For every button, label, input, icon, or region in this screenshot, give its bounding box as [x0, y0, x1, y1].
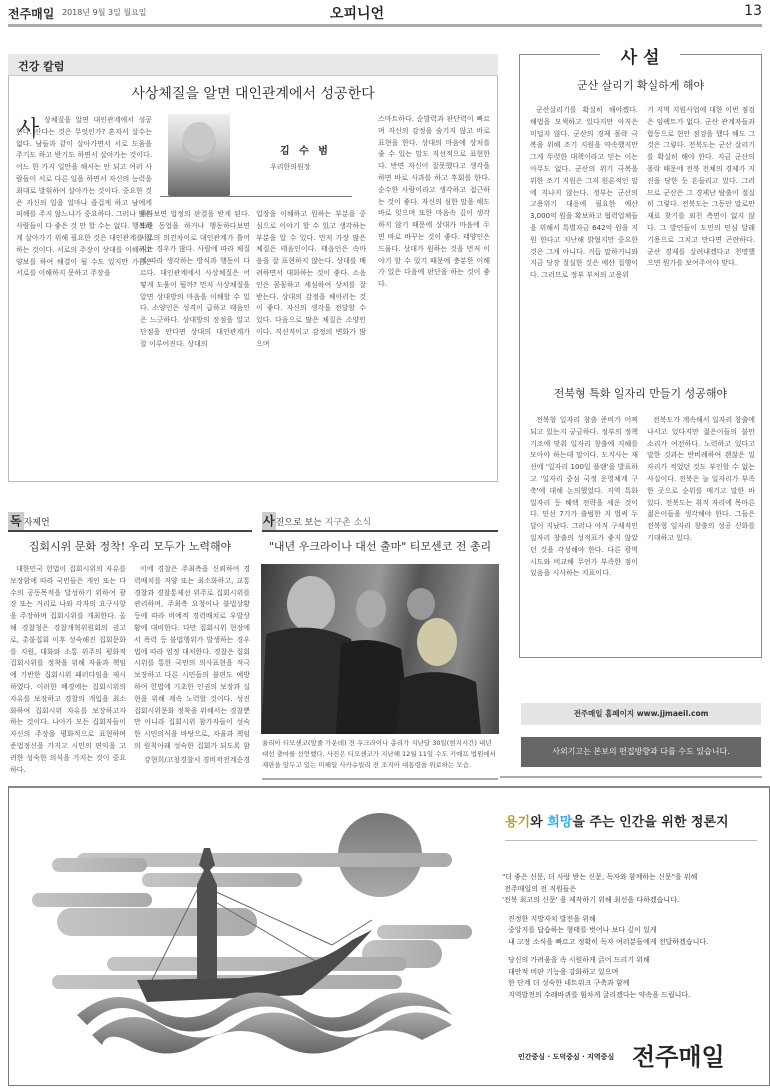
section-divider-right	[500, 776, 762, 778]
newspaper-tagline: 인간중심 · 도덕중심 · 지역중심	[518, 1052, 614, 1062]
reader-label-initial: 독	[8, 512, 24, 530]
homepage-link[interactable]: 전주매일 홈페이지 www.jjmaeil.com	[521, 703, 761, 725]
contribution-disclaimer: 사외기고는 본보의 편집방향과 다를 수도 있습니다.	[521, 737, 761, 767]
reader-col1: 대한민국 헌법이 집회시위의 자유를 보장함에 따라 국민들은 개인 또는 다수…	[10, 564, 126, 776]
pen-nib-ship-icon	[12, 790, 478, 1085]
pledge-line: "더 좋은 신문, 더 사랑 받는 신문, 독자와 함께하는 신문"을 위해	[502, 873, 697, 881]
reader-contribution-label: 독자제언	[8, 512, 252, 532]
pledge-line: 당신의 가려움을 속 시원하게 긁어 드리기 위해	[508, 956, 650, 964]
pledge-line: '전북 최고의 신문' 을 제작하기 위해 최선을 다하겠습니다.	[502, 896, 679, 904]
pledge-paragraph-2: 진정한 지방자치 발전을 위해 중앙지를 답습하는 형태를 벗어나 보다 깊이 …	[502, 914, 762, 949]
page-number: 13	[744, 3, 762, 19]
author-role: 우리한의원장	[270, 162, 311, 172]
health-col3-text: 입장을 이해하고 원하는 부분을 중심으로 이야기 할 수 있고 생각하는 부분…	[256, 209, 366, 479]
health-col1-text: 상체질을 알면 대인관계에서 성공한다. 산다는 것은 무엇인가? 혼자서 살수…	[16, 115, 152, 479]
pledge-line: 전주매일의 전 직원들은	[504, 885, 576, 893]
reader-byline: 강현희/고창경찰서 경비작전계순경	[134, 755, 250, 767]
pledge-line: 한 단계 더 성숙한 네트워크 구축과 함께	[508, 979, 630, 987]
author-name: 김 수 범	[280, 142, 331, 157]
promo-slogan: 용기와 희망을 주는 인간을 위한 정론지	[505, 811, 729, 830]
pledge-paragraph-3: 당신의 가려움을 속 시원하게 긁어 드리기 위해 대안적 비판 기능을 강화하…	[502, 955, 762, 1001]
author-photo	[168, 114, 230, 196]
pledge-line: 내 고장 소식을 빠르고 정확히 독자 여러분들에게 전달하겠습니다.	[508, 938, 708, 946]
pen-ship-illustration	[12, 790, 478, 1085]
newspaper-brand: 전주매일	[8, 5, 54, 22]
editorial-1-title: 군산 살리기 확실하게 해야	[519, 77, 762, 93]
slogan-and: 와	[530, 815, 547, 830]
slogan-courage: 용기	[505, 815, 530, 830]
reader-contribution-title: 집회시위 문화 정착! 우리 모두가 노력해야	[8, 538, 252, 554]
author-divider	[160, 196, 352, 197]
slogan-hope: 희망	[547, 815, 572, 830]
pledge-line: 대안적 비판 기능을 강화하고 있으며	[508, 968, 618, 976]
photo-label-initial: 사	[262, 512, 276, 530]
pledge-paragraph-1: "더 좋은 신문, 더 사랑 받는 신문, 독자와 함께하는 신문"을 위해 전…	[502, 872, 762, 907]
pledge-line: 지역발전의 수레바퀴를 힘차게 굴리겠다는 약속을 드립니다.	[508, 991, 690, 999]
newspaper-logo: 전주매일	[632, 1037, 725, 1072]
issue-date: 2018년 9월 3일 월요일	[62, 7, 147, 18]
pledge-line: 중앙지를 답습하는 형태를 벗어나 보다 깊이 있게	[508, 926, 657, 934]
editorial-2-col1: 전북형 일자리 창출 준비가 어찌되고 있는지 궁금하다. 정부의 정책 기조에…	[530, 415, 638, 650]
health-col2-text: 하다보면 법정의 판결을 받게 된다. 또한 동업을 하거나 행동하다보면 서로…	[140, 209, 250, 479]
editorial-label: 사 설	[600, 43, 680, 68]
pledge-text: "더 좋은 신문, 더 사랑 받는 신문, 독자와 함께하는 신문"을 위해 전…	[502, 872, 762, 1008]
people-photo-icon	[261, 564, 499, 734]
editorial-2-title: 전북형 특화 일자리 만들기 성공해야	[519, 385, 762, 401]
pledge-line: 진정한 지방자치 발전을 위해	[508, 915, 596, 923]
photo-news-title: "내년 우크라이나 대선 출마" 티모센코 전 총리	[262, 538, 498, 554]
header-divider	[8, 24, 762, 27]
section-title: 오피니언	[330, 3, 384, 23]
slogan-divider	[505, 840, 757, 841]
photo-label-mid: 진으로 보는	[276, 518, 325, 528]
reader-col2: 이에 경찰은 주최측을 신뢰하여 경력배치를 지양 또는 최소화하고, 교통경찰…	[134, 564, 250, 752]
health-column-title: 사상체질을 알면 대인관계에서 성공한다	[8, 83, 498, 103]
section-divider	[262, 778, 498, 780]
health-column-label: 건강 칼럼	[8, 54, 498, 76]
editorial-2-col2: 전북도가 계속해서 일자리 창출에 나서고 있다지만 젊은이들의 불만 소리가 …	[647, 415, 755, 650]
editorial-1-col1: 군산살리기를 확실히 해야겠다. 해법을 모색하고 있다지만 아직은 미덥지 않…	[530, 105, 638, 345]
health-col4-text: 스마트하다. 순발력과 판단력이 빠르며 자신의 감정을 숨기지 않고 바로 표…	[378, 114, 490, 479]
photo-caption: 율리아 티모셴코(앞줄 가운데) 전 우크라이나 총리가 지난달 30일(현지시…	[262, 738, 498, 771]
reader-label-rest: 자제언	[24, 518, 50, 528]
photo-news-label: 사진으로 보는 지구촌 소식	[262, 512, 498, 532]
editorial-1-col2: 기 지역 지원사업에 대한 이번 점검은 임팩트가 없다. 군산 관계자들과 합…	[647, 105, 755, 345]
photo-label-rest: 지구촌 소식	[325, 518, 371, 528]
slogan-rest: 을 주는 인간을 위한 정론지	[572, 815, 728, 830]
news-photo	[261, 564, 499, 734]
